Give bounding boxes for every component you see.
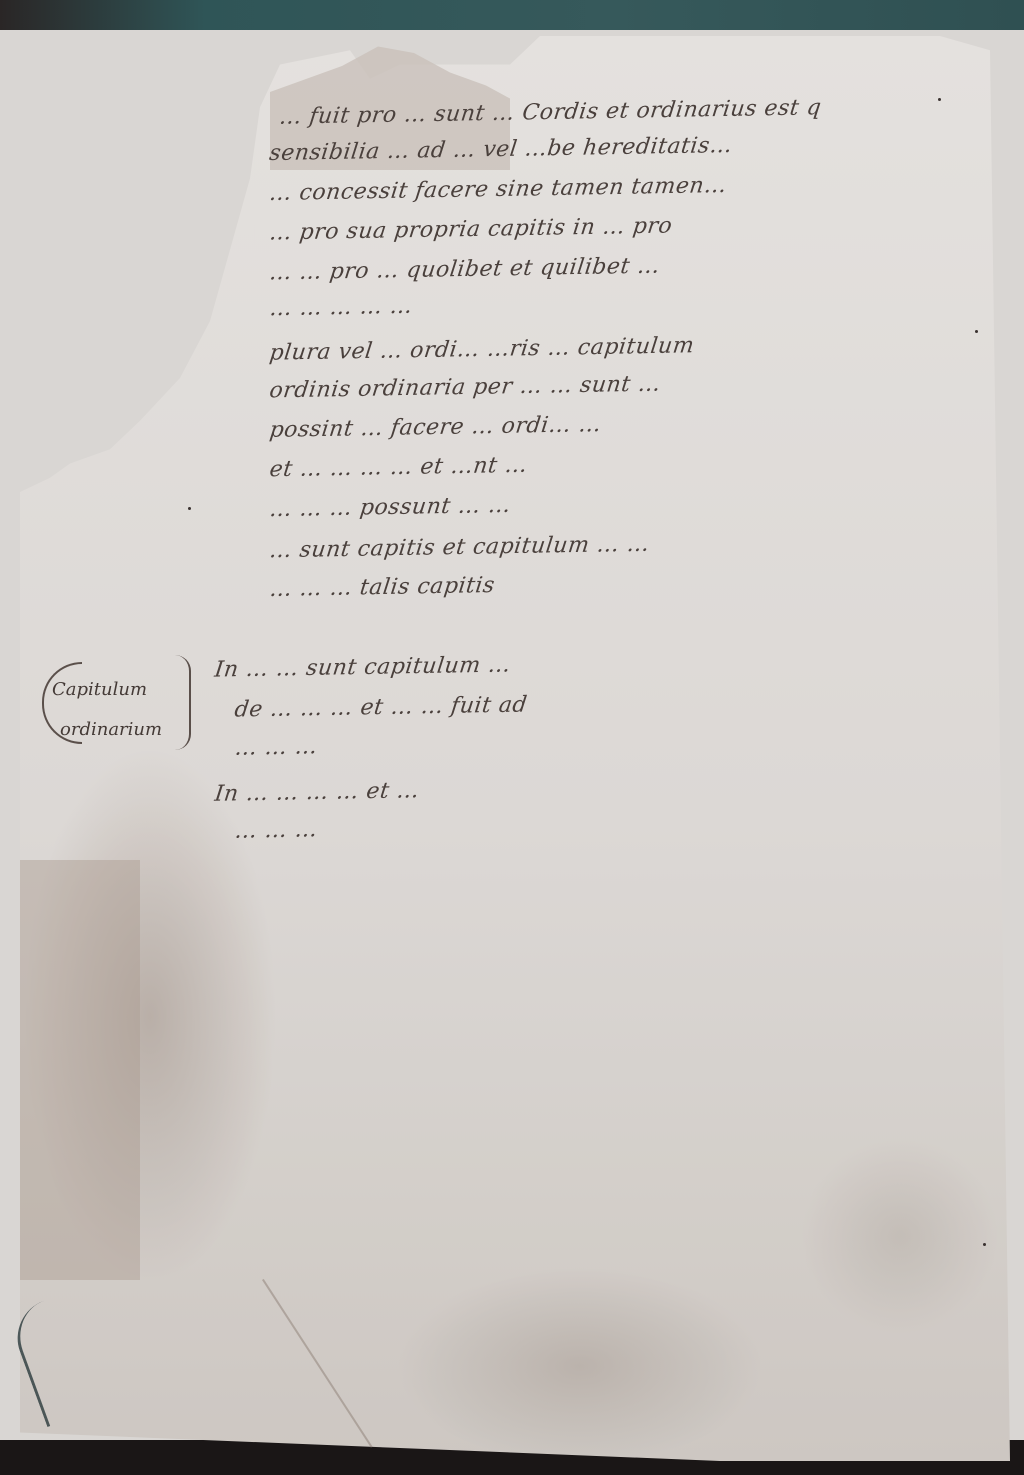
margin-bracket — [175, 655, 191, 750]
margin-note: Capitulum ordinarium — [40, 670, 170, 750]
text-line: … … … talis capitis — [268, 573, 496, 602]
ink-speck — [975, 330, 978, 333]
ink-speck — [983, 1243, 986, 1246]
text-line: In … … sunt capitulum … — [213, 652, 512, 682]
text-line: In … … … … et … — [213, 778, 421, 807]
water-stain — [20, 860, 140, 1280]
text-line: et … … … … et …nt … — [268, 453, 529, 482]
text-line: … … … possunt … … — [268, 493, 512, 522]
ink-speck — [188, 507, 191, 510]
ink-speck — [938, 98, 941, 101]
text-line: … … … … … — [268, 294, 414, 321]
text-line: … … … — [233, 734, 319, 760]
text-line: de … … … et … … fuit ad — [233, 692, 529, 722]
margin-note-line: ordinarium — [40, 710, 170, 750]
text-line: … … … — [233, 817, 319, 843]
margin-note-line: Capitulum — [40, 670, 170, 710]
